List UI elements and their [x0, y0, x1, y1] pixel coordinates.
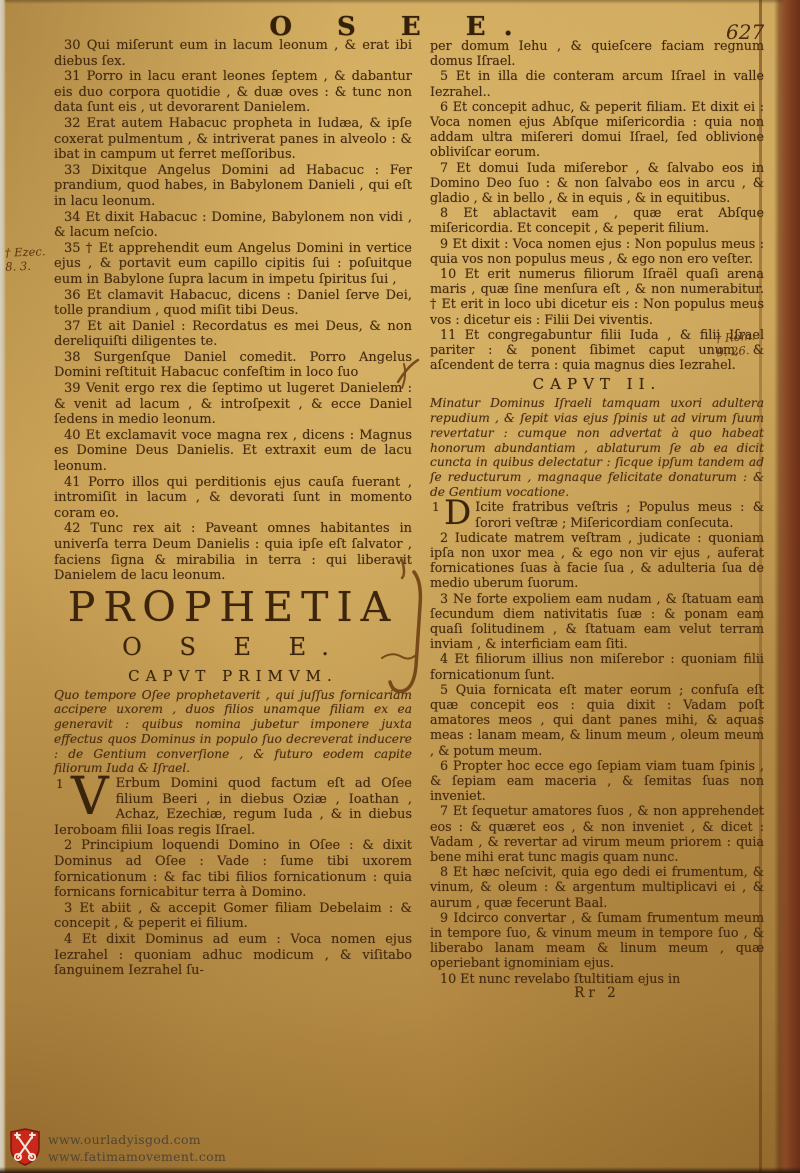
verse-osee-1-2: 2 Principium loquendi Domino in Oſee : &… — [54, 838, 412, 900]
verse-osee-1-3: 3 Et abiit , & accepit Gomer filiam Debe… — [54, 901, 412, 932]
verse-osee-1-5: 5 Et in illa die conteram arcum Iſrael i… — [430, 68, 764, 98]
verse-daniel-33: 33 Dixitque Angelus Domini ad Habacuc : … — [54, 163, 412, 210]
verse-osee-1-7: 7 Et domui Iuda miſerebor , & ſalvabo eo… — [430, 160, 764, 206]
verse-osee-1-8: 8 Et ablactavit eam , quæ erat Abſque mi… — [430, 205, 764, 235]
verse-daniel-31: 31 Porro in lacu erant leones ſeptem , &… — [54, 69, 412, 116]
verse-daniel-40: 40 Et exclamavit voce magna rex , dicens… — [54, 428, 412, 475]
watermark-text: www.ourladyisgod.com www.fatimamovement.… — [48, 1128, 226, 1165]
scan-top-edge — [0, 0, 800, 4]
margin-note-line: 8. 3. — [5, 258, 46, 273]
watermark: www.ourladyisgod.com www.fatimamovement.… — [9, 1128, 226, 1166]
verse-daniel-30: 30 Qui miſerunt eum in lacum leonum , & … — [54, 38, 412, 69]
verse-daniel-34: 34 Et dixit Habacuc : Domine, Babylonem … — [54, 210, 412, 241]
chapter-1-argument: Quo tempore Oſee prophetaverit , qui juſ… — [54, 688, 412, 776]
verse-osee-1-4: 4 Et dixit Dominus ad eum : Voca nomen e… — [54, 932, 412, 979]
verse-daniel-39: 39 Venit ergo rex die ſeptimo ut lugeret… — [54, 381, 412, 428]
book-title: PROPHETIA — [54, 584, 412, 630]
margin-note-ezechiel: † Ezec. 8. 3. — [5, 244, 47, 273]
verse-osee-1-11: 11 Et congregabuntur filii Iuda , & fili… — [430, 327, 764, 373]
verse-osee-1-1: 1 V Erbum Domini quod factum eſt ad Oſee… — [54, 776, 412, 838]
verse-osee-2-2: 2 Iudicate matrem veſtram , judicate : q… — [430, 530, 764, 591]
verse-osee-2-5: 5 Quia fornicata eſt mater eorum ; confu… — [430, 682, 764, 758]
verse-osee-2-7: 7 Et ſequetur amatores ſuos , & non appr… — [430, 803, 764, 864]
signature-mark: Rr 2 — [430, 986, 764, 1001]
verse-osee-2-4: 4 Et filiorum illius non miſerebor : quo… — [430, 651, 764, 681]
verse-osee-1-9: 9 Et dixit : Voca nomen ejus : Non popul… — [430, 236, 764, 266]
chapter-2-argument: Minatur Dominus Iſraeli tamquam uxori ad… — [430, 396, 764, 499]
verse-number: 1 — [56, 777, 64, 793]
verse-osee-1-6: 6 Et concepit adhuc, & peperit filiam. E… — [430, 99, 764, 160]
drop-cap-initial: D — [444, 500, 471, 527]
scan-right-edge — [774, 0, 800, 1173]
verse-daniel-36: 36 Et clamavit Habacuc, dicens : Daniel … — [54, 288, 412, 319]
margin-note-line: 9. 26. — [716, 343, 756, 360]
verse-osee-2-9: 9 Idcirco convertar , & ſumam frumentum … — [430, 910, 764, 971]
verse-daniel-41: 41 Porro illos qui perditionis ejus cauſ… — [54, 475, 412, 522]
drop-cap-initial: V — [71, 777, 109, 818]
verse-osee-2-6: 6 Propter hoc ecce ego ſepiam viam tuam … — [430, 758, 764, 804]
scan-left-edge — [0, 0, 6, 1173]
verse-osee-1-10: 10 Et erit numerus filiorum Iſraël quaſi… — [430, 266, 764, 327]
verse-osee-1-4-continuation: per domum Iehu , & quieſcere faciam regn… — [430, 38, 764, 68]
margin-note-line: † Ezec. — [5, 244, 46, 259]
verse-number: 1 — [432, 500, 440, 515]
watermark-url-2: www.fatimamovement.com — [48, 1148, 226, 1165]
verse-daniel-32: 32 Erat autem Habacuc propheta in Iudæa,… — [54, 116, 412, 163]
left-column: 30 Qui miſerunt eum in lacum leonum , & … — [54, 38, 412, 979]
verse-daniel-35: 35 † Et apprehendit eum Angelus Domini i… — [54, 241, 412, 288]
verse-daniel-42: 42 Tunc rex ait : Paveant omnes habitant… — [54, 521, 412, 583]
right-column: per domum Iehu , & quieſcere faciam regn… — [430, 38, 764, 1001]
margin-note-romans: † Rom. 9. 26. — [715, 329, 756, 360]
scan-bottom-edge — [0, 1167, 800, 1173]
scanned-book-page: O S E E. 627 30 Qui miſerunt eum in lacu… — [0, 0, 800, 1173]
margin-note-line: † Rom. — [715, 329, 755, 346]
chapter-1-heading: CAPVT PRIMVM. — [54, 664, 412, 688]
book-subtitle: O S E E. — [54, 630, 412, 664]
chapter-2-heading: CAPVT II. — [430, 372, 764, 396]
verse-osee-2-10: 10 Et nunc revelabo ſtultitiam ejus in — [430, 971, 764, 986]
verse-daniel-37: 37 Et ait Daniel : Recordatus es mei Deu… — [54, 319, 412, 350]
verse-osee-2-3: 3 Ne forte expoliem eam nudam , & ſtatua… — [430, 591, 764, 652]
watermark-url-1: www.ourladyisgod.com — [48, 1131, 226, 1148]
verse-daniel-38: 38 Surgenſque Daniel comedit. Porro Ange… — [54, 350, 412, 381]
crossed-keys-shield-icon — [9, 1128, 41, 1166]
verse-osee-2-8: 8 Et hæc neſcivit, quia ego dedi ei frum… — [430, 864, 764, 910]
verse-osee-2-1: 1 D Icite fratribus veſtris ; Populus me… — [430, 499, 764, 529]
verse-text: Icite fratribus veſtris ; Populus meus :… — [475, 499, 764, 529]
